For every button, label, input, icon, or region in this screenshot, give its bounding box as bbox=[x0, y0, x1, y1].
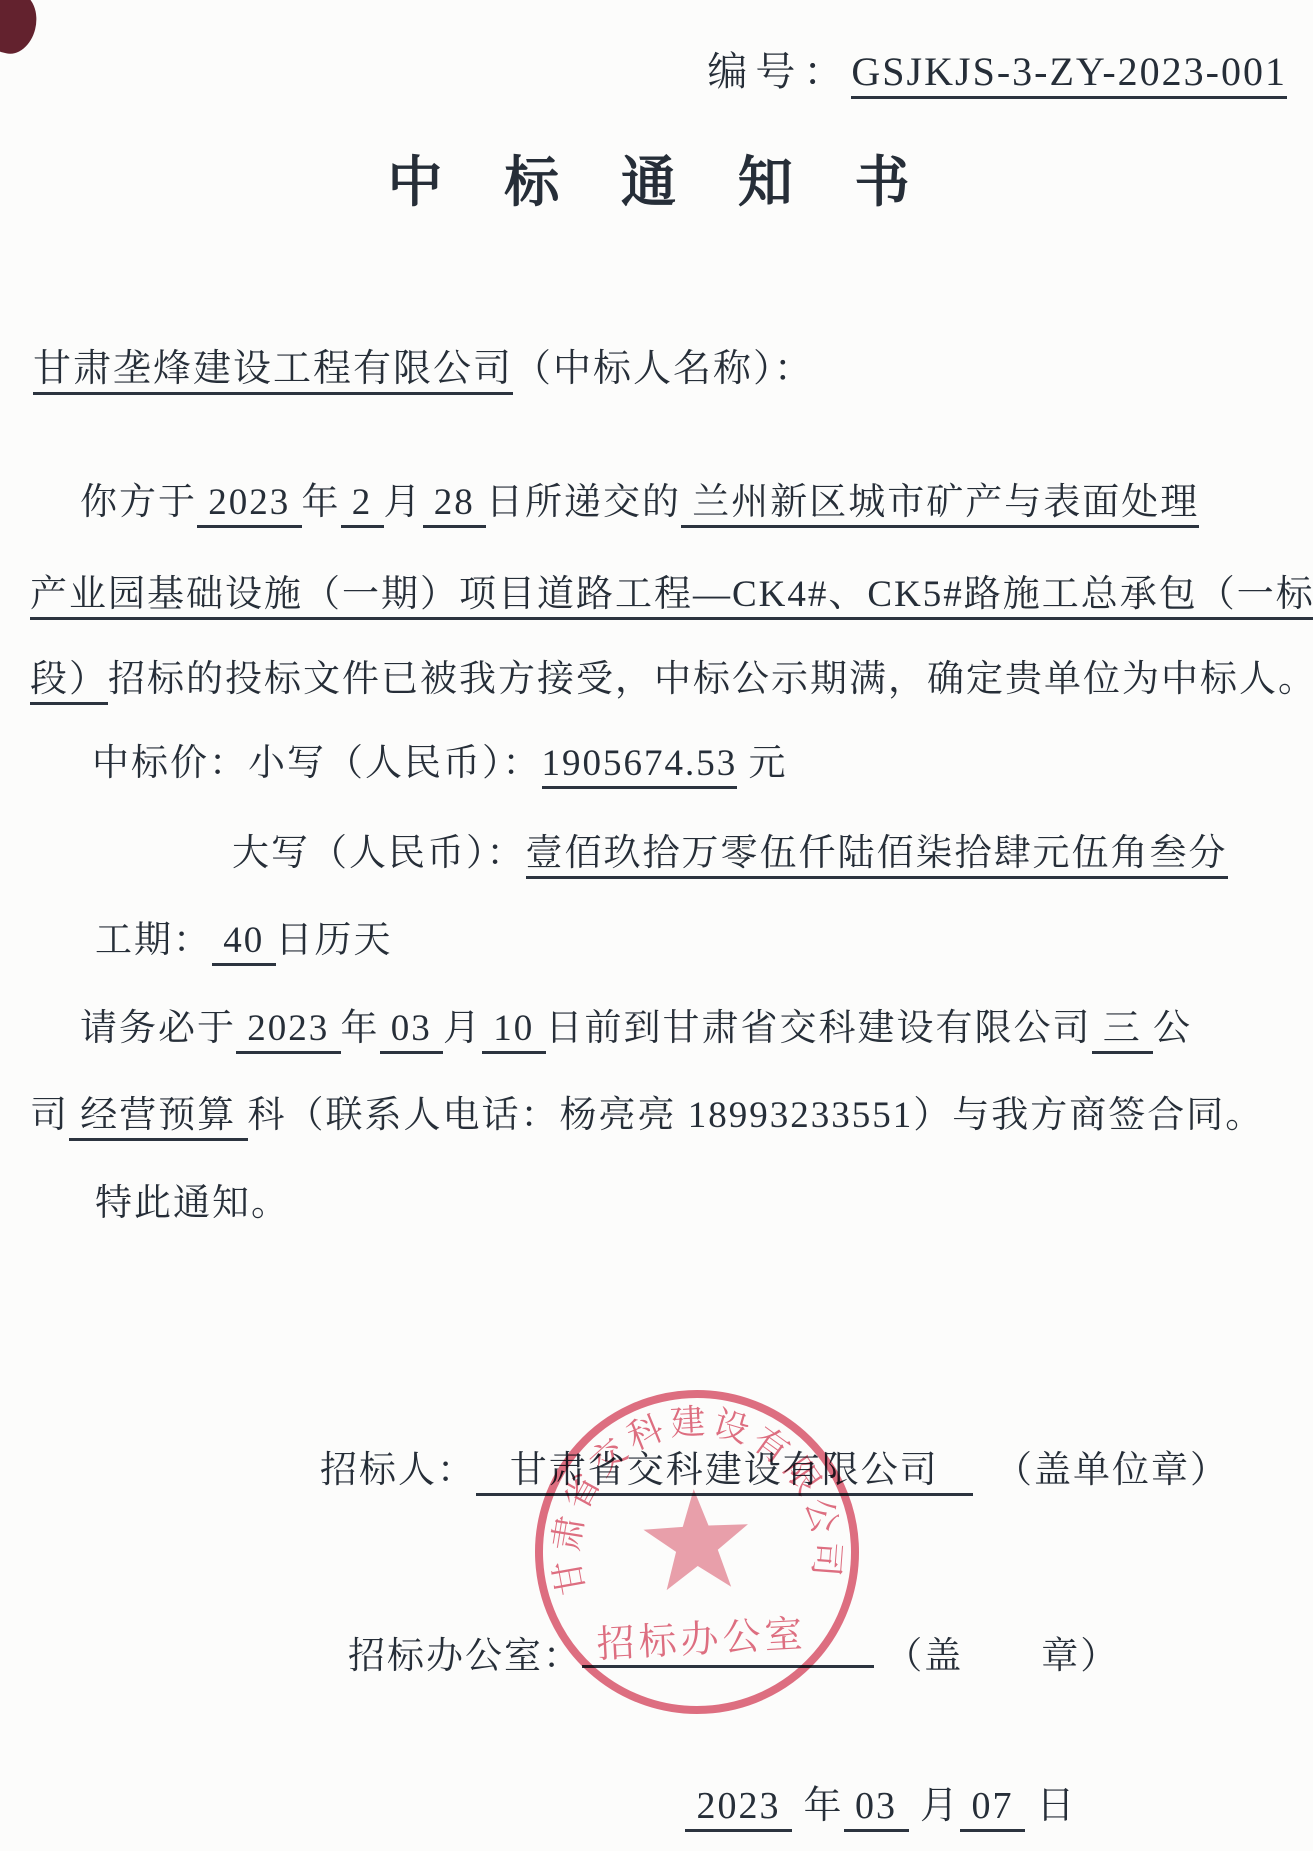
reference-label: 编号： bbox=[707, 49, 851, 94]
paragraph-line-3: 段）招标的投标文件已被我方接受，中标公示期满，确定贵单位为中标人。 bbox=[30, 657, 1313, 703]
text-segment: 03 bbox=[380, 1008, 444, 1054]
text-segment: 07 bbox=[960, 1785, 1025, 1832]
text-segment: 2 bbox=[341, 482, 384, 528]
text-segment: 2023 bbox=[236, 1008, 341, 1054]
reference-number-line: 编号：GSJKJS-3-ZY-2023-001 bbox=[707, 40, 1287, 97]
seal-office-text: 招标办公室 bbox=[596, 1613, 808, 1666]
scan-artifact-corner-mark bbox=[0, 0, 43, 59]
text-segment: 甘肃垄烽建设工程有限公司 bbox=[33, 348, 513, 395]
text-segment: 月 bbox=[443, 1008, 482, 1049]
bid-price-words-line: 大写（人民币）：壹佰玖拾万零伍仟陆佰柒拾肆元伍角叁分 bbox=[232, 831, 1228, 877]
text-segment: （中标人名称）： bbox=[513, 348, 814, 390]
scanned-document-page: 编号：GSJKJS-3-ZY-2023-001 中 标 通 知 书 甘肃垄烽建设… bbox=[0, 0, 1313, 1851]
recipient-line: 甘肃垄烽建设工程有限公司（中标人名称）： bbox=[33, 346, 814, 394]
text-segment: 日 bbox=[1025, 1785, 1077, 1827]
text-segment: 兰州新区城市矿产与表面处理 bbox=[681, 482, 1199, 528]
tenderer-seal-note: （盖单位章） bbox=[973, 1450, 1230, 1491]
contract-signing-line-1: 请务必于 2023 年 03 月 10 日前到甘肃省交科建设有限公司 三 公 bbox=[80, 1006, 1192, 1052]
text-segment: 1905674.53 bbox=[542, 743, 738, 789]
text-segment: 28 bbox=[423, 482, 487, 528]
date-line: 2023 年 03 月 07 日 bbox=[685, 1783, 1077, 1831]
text-segment: 日前到甘肃省交科建设有限公司 bbox=[546, 1008, 1092, 1049]
text-segment: 大写（人民币）： bbox=[232, 833, 526, 874]
construction-period-line: 工期： 40 日历天 bbox=[95, 918, 393, 964]
text-segment: 日所递交的 bbox=[486, 482, 681, 523]
reference-number: GSJKJS-3-ZY-2023-001 bbox=[851, 49, 1287, 99]
text-segment: 经营预算 bbox=[69, 1095, 248, 1141]
text-segment: 中标价：小写（人民币）： bbox=[92, 743, 542, 784]
contract-signing-line-2: 司 经营预算 科（联系人电话：杨亮亮 18993233551）与我方商签合同。 bbox=[30, 1093, 1264, 1139]
notice-closing-line: 特此通知。 bbox=[95, 1181, 290, 1227]
text-segment: 科（联系人电话：杨亮亮 18993233551）与我方商签合同。 bbox=[248, 1095, 1265, 1136]
text-segment: 产业园基础设施（一期）项目道路工程—CK4#、CK5#路施工总承包（一标 bbox=[30, 574, 1313, 620]
text-segment: 三 bbox=[1092, 1008, 1154, 1054]
text-segment: 10 bbox=[482, 1008, 546, 1054]
text-segment: 司 bbox=[30, 1095, 69, 1136]
text-segment: 2023 bbox=[685, 1785, 792, 1832]
document-title: 中 标 通 知 书 bbox=[0, 138, 1313, 217]
text-segment: 招标的投标文件已被我方接受，中标公示期满，确定贵单位为中标人。 bbox=[108, 659, 1313, 700]
text-segment: 段） bbox=[30, 659, 108, 705]
text-segment: 2023 bbox=[197, 482, 302, 528]
paragraph-line-2: 产业园基础设施（一期）项目道路工程—CK4#、CK5#路施工总承包（一标 bbox=[30, 572, 1313, 618]
text-segment: 40 bbox=[212, 920, 276, 966]
text-segment: 03 bbox=[844, 1785, 909, 1832]
text-segment: 你方于 bbox=[80, 482, 197, 523]
company-seal: 甘肃省交科建设有限公司 招标办公室 bbox=[503, 1363, 891, 1742]
text-segment: 年 bbox=[341, 1008, 380, 1049]
text-segment: 日历天 bbox=[276, 920, 393, 961]
text-segment: 壹佰玖拾万零伍仟陆佰柒拾肆元伍角叁分 bbox=[526, 833, 1228, 879]
text-segment: 月 bbox=[909, 1785, 961, 1827]
text-segment: 月 bbox=[384, 482, 423, 523]
seal-star-icon bbox=[641, 1486, 751, 1591]
text-segment: 请务必于 bbox=[80, 1008, 236, 1049]
text-segment: 公 bbox=[1153, 1008, 1192, 1049]
text-segment: 年 bbox=[792, 1785, 844, 1827]
bid-price-numeric-line: 中标价：小写（人民币）：1905674.53 元 bbox=[92, 741, 788, 787]
text-segment: 特此通知。 bbox=[95, 1183, 290, 1224]
text-segment: 元 bbox=[737, 743, 787, 784]
tenderer-label: 招标人： bbox=[320, 1450, 476, 1491]
text-segment: 工期： bbox=[95, 920, 212, 961]
text-segment: 年 bbox=[302, 482, 341, 523]
paragraph-line-1: 你方于 2023 年 2 月 28 日所递交的 兰州新区城市矿产与表面处理 bbox=[80, 480, 1199, 526]
tender-office-seal-note: （盖 章） bbox=[874, 1636, 1119, 1677]
